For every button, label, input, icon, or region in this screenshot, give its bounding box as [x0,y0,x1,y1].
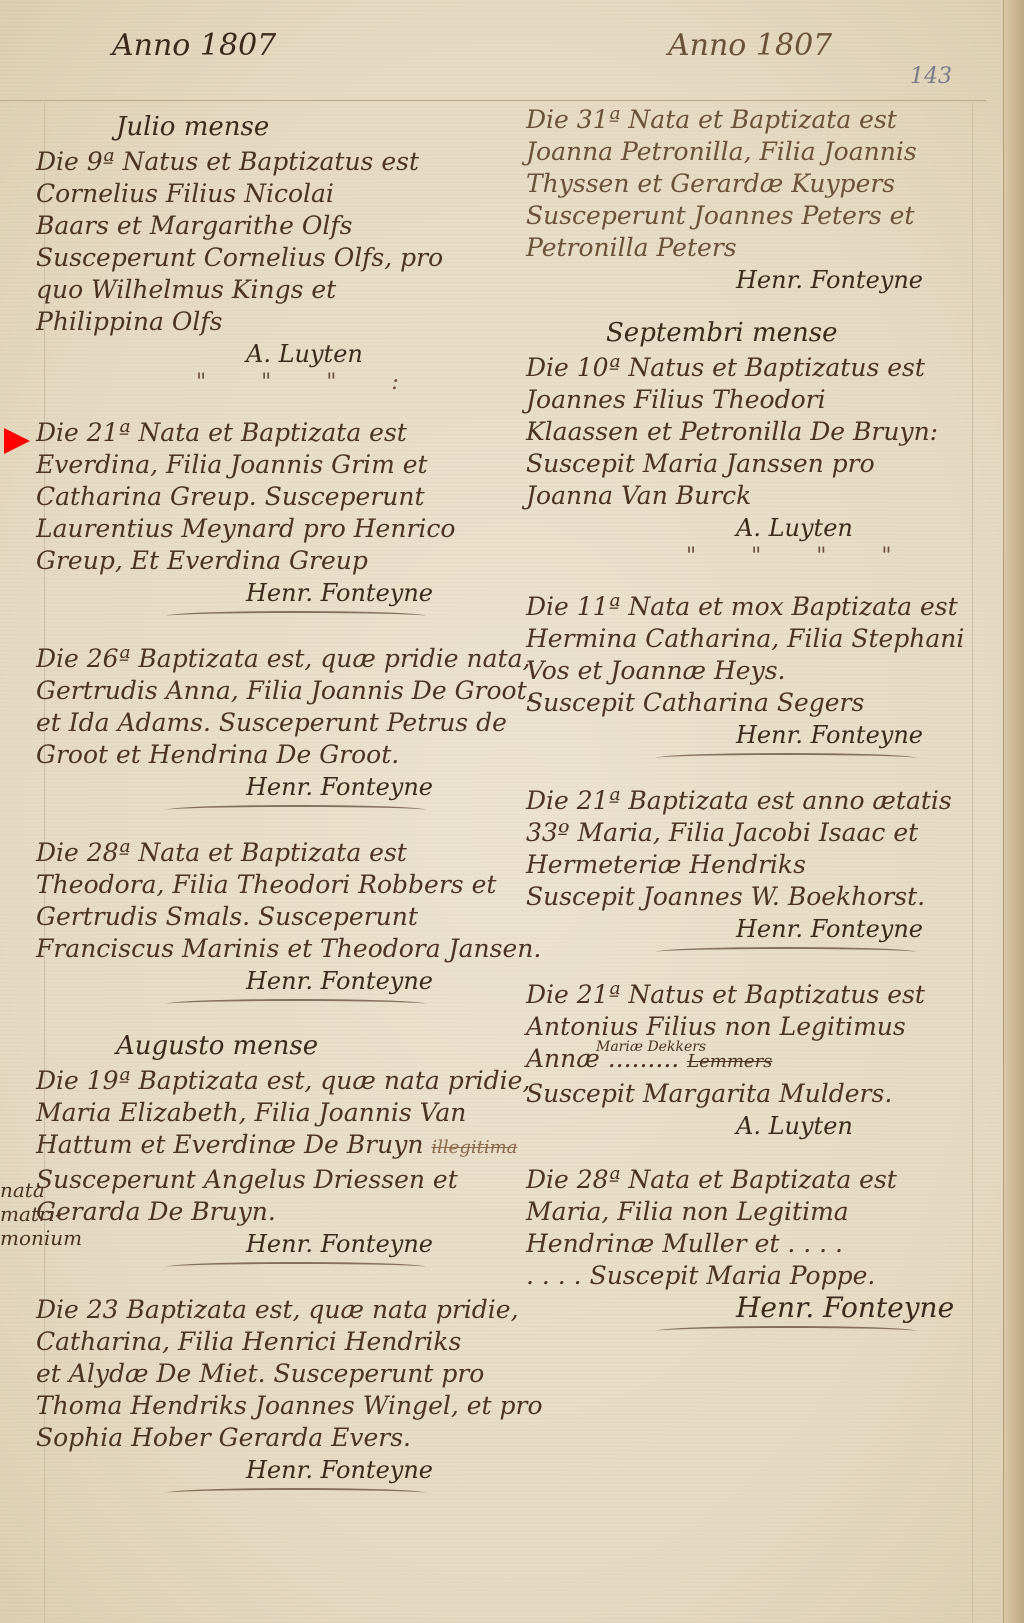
entry-line: et Ida Adams. Susceperunt Petrus de [36,707,536,739]
signature: Henr. Fonteyne [526,719,976,751]
baptism-entry: Die 21ª Natus et Baptizatus est Antonius… [526,979,976,1142]
right-column: Die 31ª Nata et Baptizata est Joanna Pet… [526,104,976,1358]
signature: Henr. Fonteyne [526,264,976,296]
struck-word: illegitima [431,1137,517,1158]
entry-line: Susceperunt Joannes Peters et [526,200,976,232]
entry-line: Catharina, Filia Henrici Hendriks [36,1326,536,1358]
signature: Henr. Fonteyne [526,1292,976,1324]
ditto-marks: " " " : [36,370,536,395]
entry-line: Baars et Margarithe Olfs [36,210,536,242]
entry-line: Catharina Greup. Susceperunt [36,481,536,513]
signature: Henr. Fonteyne [36,1454,536,1486]
entry-line: Hattum et Everdinæ De Bruyn illegitima [36,1129,536,1164]
signature: Henr. Fonteyne [36,1228,536,1260]
baptism-entry-highlighted: Die 21ª Nata et Baptizata est Everdina, … [36,417,536,621]
entry-line: Joanna Petronilla, Filia Joannis [526,136,976,168]
entry-line: Die 10ª Natus et Baptizatus est [526,352,976,384]
month-heading-august: Augusto mense [116,1031,536,1061]
entry-line: Gertrudis Anna, Filia Joannis De Groot, [36,675,536,707]
signature-flourish [166,1262,426,1272]
entry-line: Maria, Filia non Legitima [526,1196,976,1228]
entry-line: Petronilla Peters [526,232,976,264]
entry-line: Suscepit Catharina Segers [526,687,976,719]
signature-flourish [166,1488,426,1498]
baptism-entry: Die 26ª Baptizata est, quæ pridie nata, … [36,643,536,815]
margin-note-line: nata [0,1178,82,1202]
entry-line: Groot et Hendrina De Groot. [36,739,536,771]
entry-line: Die 23 Baptizata est, quæ nata pridie, [36,1294,536,1326]
entry-line: et Alydæ De Miet. Susceperunt pro [36,1358,536,1390]
entry-line: Hendrinæ Muller et . . . . [526,1228,976,1260]
signature: A. Luyten [526,1110,976,1142]
entry-line: Theodora, Filia Theodori Robbers et [36,869,536,901]
entry-line: 33º Maria, Filia Jacobi Isaac et [526,817,976,849]
signature: Henr. Fonteyne [36,771,536,803]
entry-line: quo Wilhelmus Kings et [36,274,536,306]
entry-line: Maria Elizabeth, Filia Joannis Van [36,1097,536,1129]
signature: Henr. Fonteyne [36,577,536,609]
baptism-entry: Die 28ª Nata et Baptizata est Theodora, … [36,837,536,1009]
entry-line: Thyssen et Gerardæ Kuypers [526,168,976,200]
entry-line: Susceperunt Angelus Driessen et [36,1164,536,1196]
entry-line: Antonius Filius non Legitimus [526,1011,976,1043]
baptism-entry: Die 31ª Nata et Baptizata est Joanna Pet… [526,104,976,296]
entry-line: Thoma Hendriks Joannes Wingel, et pro [36,1390,536,1422]
entry-line: Susceperunt Cornelius Olfs, pro [36,242,536,274]
signature-flourish [166,805,426,815]
entry-line: Gertrudis Smals. Susceperunt [36,901,536,933]
left-column: Julio mense Die 9ª Natus et Baptizatus e… [36,112,536,1520]
header-year-right: Anno 1807 [668,28,832,63]
entry-line: Die 28ª Nata et Baptizata est [526,1164,976,1196]
signature: A. Luyten [526,512,976,544]
entry-line: Die 21ª Natus et Baptizatus est [526,979,976,1011]
margin-annotation: nata matri- monium [0,1178,82,1250]
entry-line: Laurentius Meynard pro Henrico [36,513,536,545]
header-year-left: Anno 1807 [112,28,276,63]
entry-line: Die 11ª Nata et mox Baptizata est [526,591,976,623]
book-spine-edge [1003,0,1024,1623]
baptism-entry: Die 21ª Baptizata est anno ætatis 33º Ma… [526,785,976,957]
ditto-marks: " " " " [526,544,976,569]
entry-line: Suscepit Maria Janssen pro [526,448,976,480]
entry-line: Joanna Van Burck [526,480,976,512]
entry-line: Hermina Catharina, Filia Stephani [526,623,976,655]
entry-line: Die 26ª Baptizata est, quæ pridie nata, [36,643,536,675]
month-heading-september: Septembri mense [606,318,976,348]
month-heading-july: Julio mense [116,112,536,142]
entry-line: Philippina Olfs [36,306,536,338]
entry-line: Die 28ª Nata et Baptizata est [36,837,536,869]
folio-number: 143 [910,64,952,89]
entry-line: Franciscus Marinis et Theodora Jansen. [36,933,536,965]
ruled-line [0,100,986,101]
entry-line: Die 9ª Natus et Baptizatus est [36,146,536,178]
baptism-entry: Die 11ª Nata et mox Baptizata est Hermin… [526,591,976,763]
signature: A. Luyten [36,338,536,370]
baptism-entry: Die 9ª Natus et Baptizatus est Cornelius… [36,146,536,395]
signature-flourish [656,947,916,957]
entry-line: Vos et Joannæ Heys. [526,655,976,687]
entry-line: Gerarda De Bruyn. [36,1196,536,1228]
entry-line: Suscepit Margarita Mulders. [526,1078,976,1110]
signature-flourish [656,753,916,763]
entry-line: Sophia Hober Gerarda Evers. [36,1422,536,1454]
baptism-entry: Die 23 Baptizata est, quæ nata pridie, C… [36,1294,536,1498]
margin-note-line: monium [0,1226,82,1250]
signature-flourish [166,611,426,621]
signature: Henr. Fonteyne [526,913,976,945]
entry-line: Cornelius Filius Nicolai [36,178,536,210]
interlinear-insertion: Mariæ Dekkers [596,1031,706,1063]
entry-line: Die 21ª Nata et Baptizata est [36,417,536,449]
signature: Henr. Fonteyne [36,965,536,997]
entry-line: Greup, Et Everdina Greup [36,545,536,577]
baptism-entry: Die 19ª Baptizata est, quæ nata pridie, … [36,1065,536,1272]
entry-line: Die 19ª Baptizata est, quæ nata pridie, [36,1065,536,1097]
entry-line: Suscepit Joannes W. Boekhorst. [526,881,976,913]
baptism-entry: Die 28ª Nata et Baptizata est Maria, Fil… [526,1164,976,1336]
entry-line: Annæ ......... Mariæ Dekkers Lemmers [526,1043,976,1078]
entry-line: Die 21ª Baptizata est anno ætatis [526,785,976,817]
baptism-entry: Die 10ª Natus et Baptizatus est Joannes … [526,352,976,569]
entry-line: Hermeteriæ Hendriks [526,849,976,881]
entry-line: Klaassen et Petronilla De Bruyn: [526,416,976,448]
entry-line: Everdina, Filia Joannis Grim et [36,449,536,481]
margin-note-line: matri- [0,1202,82,1226]
signature-flourish [656,1326,916,1336]
entry-line: . . . . Suscepit Maria Poppe. [526,1260,976,1292]
entry-line: Die 31ª Nata et Baptizata est [526,104,976,136]
signature-flourish [166,999,426,1009]
red-pointer-marker-icon [4,428,30,454]
entry-line: Joannes Filius Theodori [526,384,976,416]
